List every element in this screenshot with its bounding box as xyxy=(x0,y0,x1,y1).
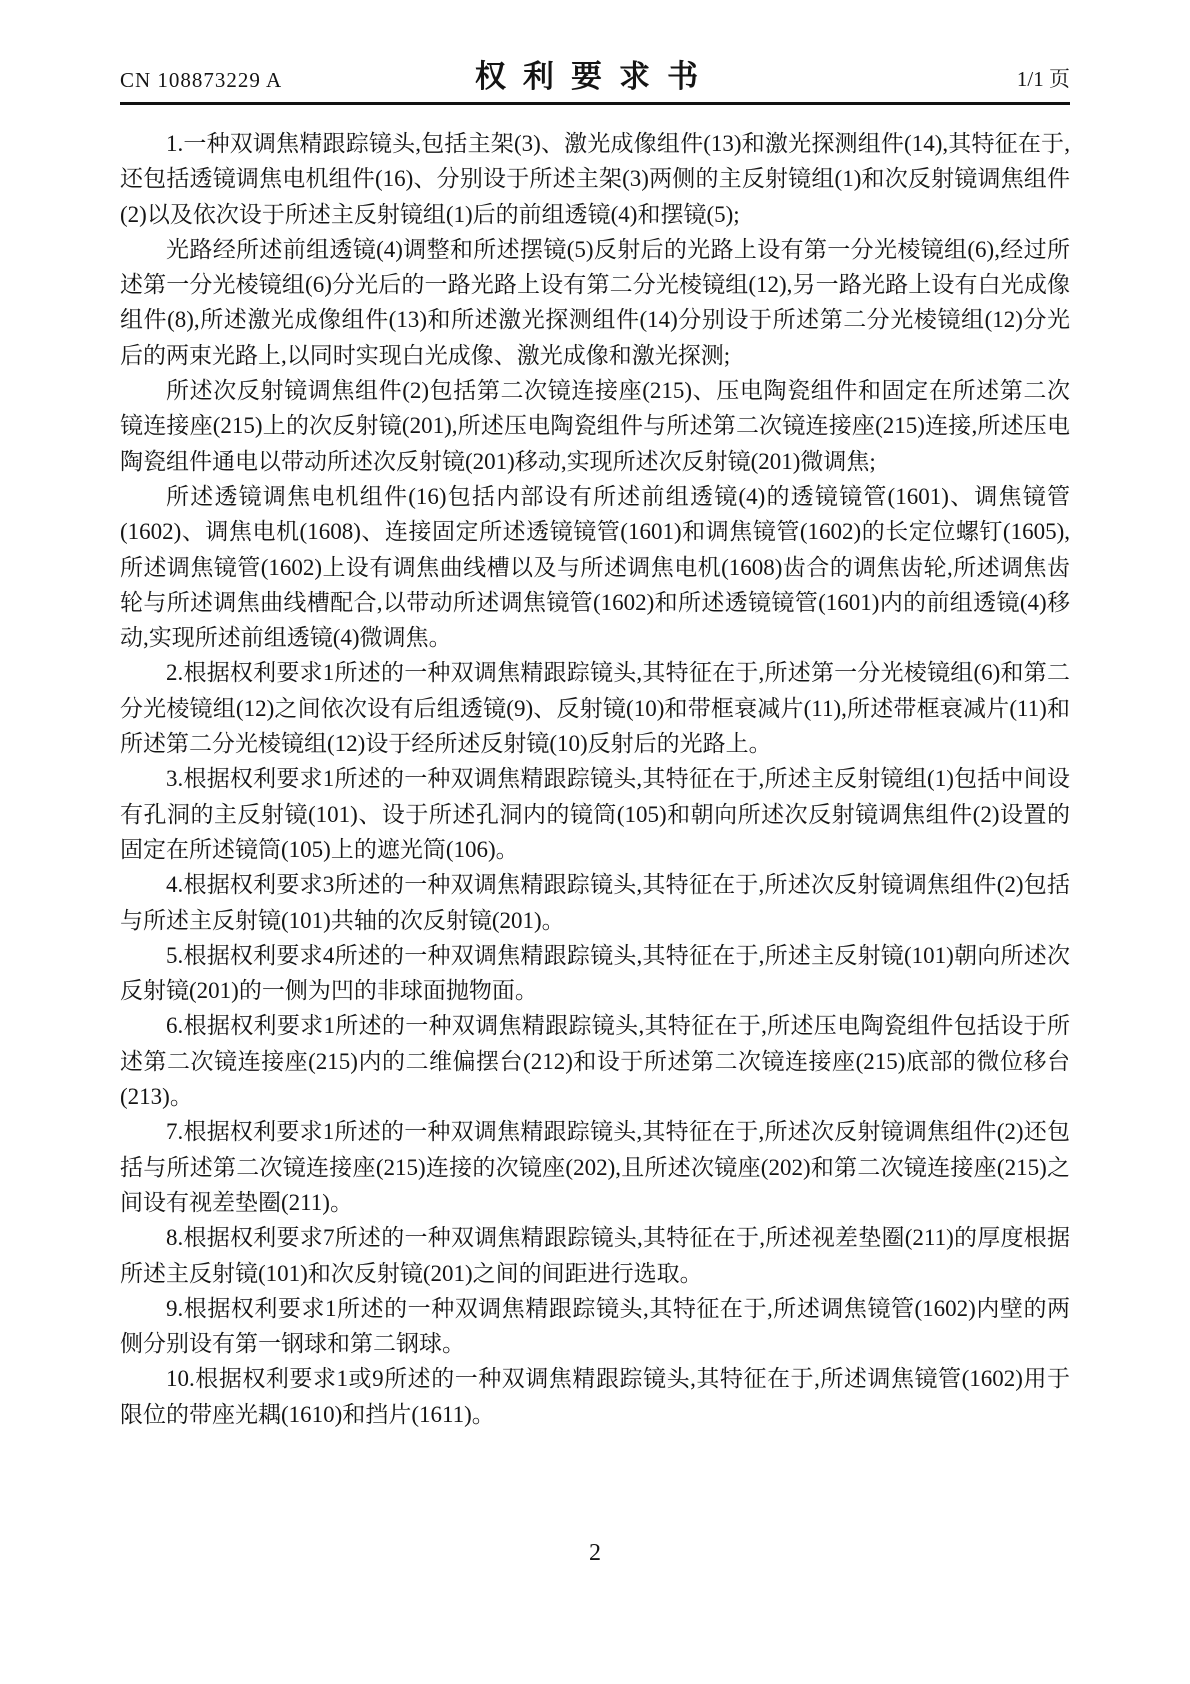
claim-paragraph: 光路经所述前组透镜(4)调整和所述摆镜(5)反射后的光路上设有第一分光棱镜组(6… xyxy=(120,232,1070,373)
claim-paragraph: 1.一种双调焦精跟踪镜头,包括主架(3)、激光成像组件(13)和激光探测组件(1… xyxy=(120,126,1070,232)
claim-paragraph: 9.根据权利要求1所述的一种双调焦精跟踪镜头,其特征在于,所述调焦镜管(1602… xyxy=(120,1291,1070,1362)
page-indicator: 1/1 页 xyxy=(1017,63,1070,93)
claim-paragraph: 6.根据权利要求1所述的一种双调焦精跟踪镜头,其特征在于,所述压电陶瓷组件包括设… xyxy=(120,1008,1070,1114)
claim-paragraph: 所述透镜调焦电机组件(16)包括内部设有所述前组透镜(4)的透镜镜管(1601)… xyxy=(120,479,1070,655)
page-title: 权利要求书 xyxy=(475,51,715,96)
patent-claims-page: CN 108873229 A 权利要求书 1/1 页 1.一种双调焦精跟踪镜头,… xyxy=(0,0,1190,1684)
claim-paragraph: 7.根据权利要求1所述的一种双调焦精跟踪镜头,其特征在于,所述次反射镜调焦组件(… xyxy=(120,1114,1070,1220)
claim-paragraph: 10.根据权利要求1或9所述的一种双调焦精跟踪镜头,其特征在于,所述调焦镜管(1… xyxy=(120,1361,1070,1432)
claim-paragraph: 5.根据权利要求4所述的一种双调焦精跟踪镜头,其特征在于,所述主反射镜(101)… xyxy=(120,938,1070,1009)
claims-body: 1.一种双调焦精跟踪镜头,包括主架(3)、激光成像组件(13)和激光探测组件(1… xyxy=(120,126,1070,1432)
claim-paragraph: 8.根据权利要求7所述的一种双调焦精跟踪镜头,其特征在于,所述视差垫圈(211)… xyxy=(120,1220,1070,1291)
claim-paragraph: 2.根据权利要求1所述的一种双调焦精跟踪镜头,其特征在于,所述第一分光棱镜组(6… xyxy=(120,655,1070,761)
page-header: CN 108873229 A 权利要求书 1/1 页 xyxy=(120,58,1070,105)
claim-paragraph: 所述次反射镜调焦组件(2)包括第二次镜连接座(215)、压电陶瓷组件和固定在所述… xyxy=(120,373,1070,479)
claim-paragraph: 3.根据权利要求1所述的一种双调焦精跟踪镜头,其特征在于,所述主反射镜组(1)包… xyxy=(120,761,1070,867)
publication-number: CN 108873229 A xyxy=(120,68,282,93)
page-number: 2 xyxy=(0,1540,1190,1567)
claim-paragraph: 4.根据权利要求3所述的一种双调焦精跟踪镜头,其特征在于,所述次反射镜调焦组件(… xyxy=(120,867,1070,938)
